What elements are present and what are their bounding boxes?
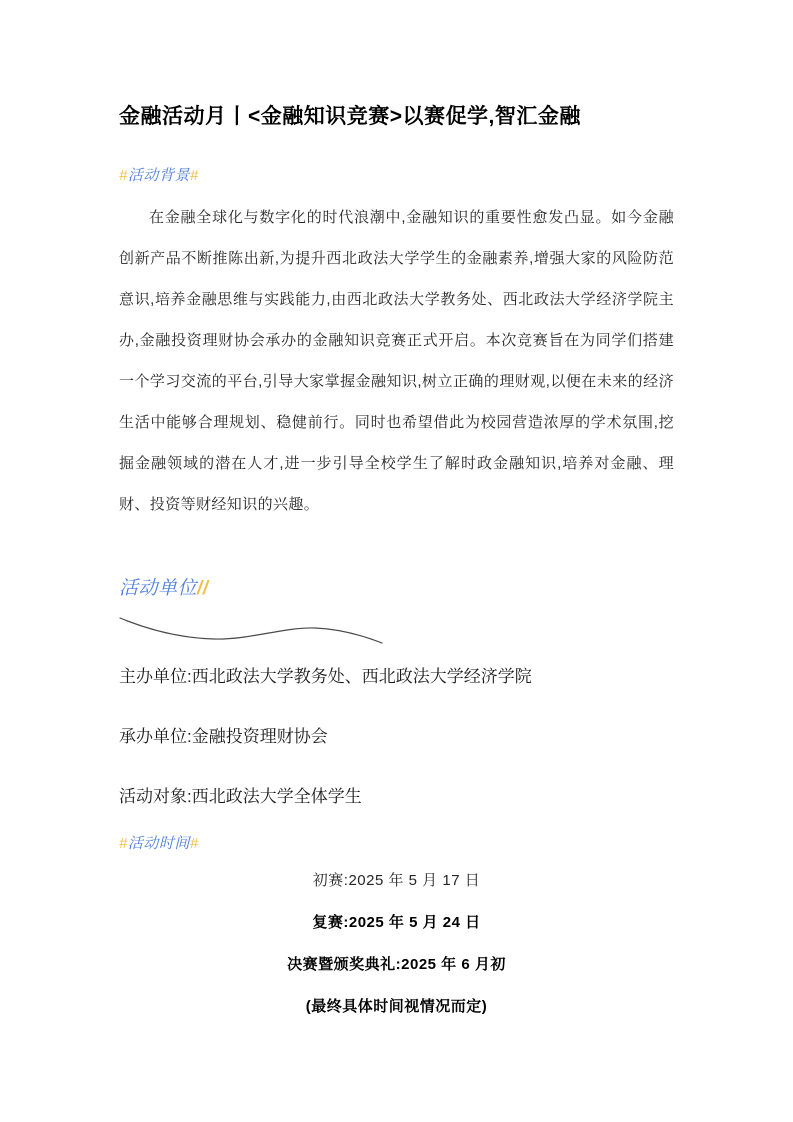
hash-mark-close: #	[190, 167, 199, 184]
schedule-final-line: 决赛暨颁奖典礼:2025 年 6 月初	[119, 955, 674, 975]
organizer-host-line: 主办单位:西北政法大学教务处、西北政法大学经济学院	[119, 666, 674, 688]
wavy-divider-line	[119, 614, 384, 646]
schedule-list: 初赛:2025 年 5 月 17 日 复赛:2025 年 5 月 24 日 决赛…	[119, 871, 674, 1017]
organizer-list: 主办单位:西北政法大学教务处、西北政法大学经济学院 承办单位:金融投资理财协会 …	[119, 666, 674, 808]
double-slash-mark: //	[197, 578, 209, 599]
hash-mark-close: #	[190, 835, 199, 852]
section-heading-background-label: 活动背景	[128, 167, 190, 184]
background-paragraph: 在金融全球化与数字化的时代浪潮中,金融知识的重要性愈发凸显。如今金融创新产品不断…	[119, 197, 674, 525]
organizer-undertaker-line: 承办单位:金融投资理财协会	[119, 726, 674, 748]
document-page: 金融活动月丨<金融知识竞赛>以赛促学,智汇金融 #活动背景# 在金融全球化与数字…	[0, 0, 793, 1122]
section-heading-background: #活动背景#	[119, 166, 674, 186]
section-heading-organizers: 活动单位//	[119, 577, 674, 601]
schedule-semifinal-line: 复赛:2025 年 5 月 24 日	[119, 913, 674, 933]
schedule-preliminary-line: 初赛:2025 年 5 月 17 日	[119, 871, 674, 891]
page-title: 金融活动月丨<金融知识竞赛>以赛促学,智汇金融	[119, 103, 674, 130]
section-heading-schedule-label: 活动时间	[128, 835, 190, 852]
schedule-note-line: (最终具体时间视情况而定)	[119, 997, 674, 1017]
hash-mark-open: #	[119, 835, 128, 852]
section-heading-schedule: #活动时间#	[119, 834, 674, 854]
activity-target-line: 活动对象:西北政法大学全体学生	[119, 786, 674, 808]
hash-mark-open: #	[119, 167, 128, 184]
section-heading-organizers-label: 活动单位	[119, 578, 197, 599]
